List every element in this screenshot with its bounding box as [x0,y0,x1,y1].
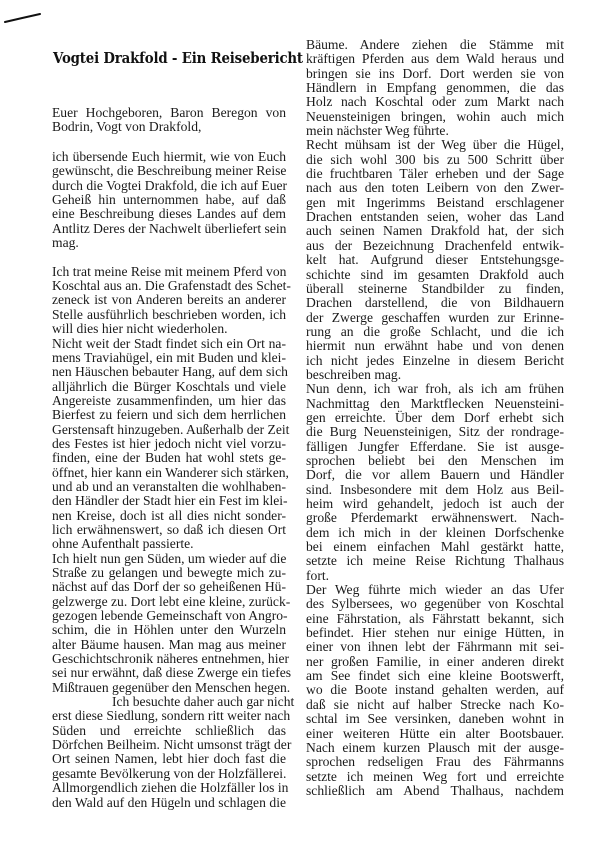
text-line: gelzwerge zu. Dort lebt eine kleine, zur… [52,595,286,609]
text-line: und ab und an veranstalten die wohlhaben… [52,480,286,494]
text-line: Ich besuchte daher auch gar nicht [52,695,286,709]
text-line: Bierfest zu feiern und sich dem herrlich… [52,408,286,422]
text-line: schichte sind im gesamten Drakfold auch [306,268,564,282]
text-line: fort. [306,569,564,583]
text-line: kelt hat. Aufgrund dieser Entstehungsge- [306,253,564,267]
text-line: des Festes ist hier jedoch nicht viel vo… [52,437,286,451]
text-line: des Sylbersees, wo gegenüber von Koschta… [306,597,564,611]
text-line: Euer Hochgeboren, Baron Beregon von [52,106,286,120]
text-line: ner großen Familie, in einer anderen dir… [306,655,564,669]
text-line: Nachmittag den Marktflecken Neuensteini- [306,397,564,411]
text-line: mens Traviahügel, ein mit Buden und klei… [52,351,286,365]
text-line: Dörfchen Beilheim. Nicht umsonst trägt d… [52,738,286,752]
text-line: eine Beschreibung dieses Landes auf dem [52,207,286,221]
text-line: durch die Vogtei Drakfold, die ich auf E… [52,179,286,193]
text-line: Holz nach Koschtal oder zum Markt nach [306,95,564,109]
text-line: Stelle ausführlich beschrieben worden, i… [52,308,286,322]
text-line: Bäume. Andere ziehen die Stämme mit [306,38,564,52]
text-line: auch seinen Namen Drakfold hat, der sich [306,224,564,238]
paragraph: ich übersende Euch hiermit, wie von Euch… [52,150,286,250]
text-line: aus der Bezeichnung Drachenfeld entwik- [306,239,564,253]
text-line: Allmorgendlich ziehen die Holzfäller los… [52,781,286,795]
paragraph: Bäume. Andere ziehen die Stämme mit kräf… [306,38,564,138]
text-line: beschreiben mag. [306,368,564,382]
text-line: alljährlich die Bürger Koschtals und vie… [52,380,286,394]
text-line: Nach einem kurzen Plausch mit der ausge- [306,741,564,755]
text-line: Koschtal aus an. Die Grafenstadt des Sch… [52,279,286,293]
text-line: Angereiste zusammenfinden, um hier das [52,394,286,408]
text-line: Recht mühsam ist der Weg über die Hügel, [306,138,564,152]
text-line: gen erreichte. Über dem Dorf erhebt sich [306,411,564,425]
text-line: finden, eine der Buden hat wohl stets ge… [52,451,286,465]
text-line: schtal im See versinken, daneben wohnt i… [306,712,564,726]
text-line: zeneck ist von Anderen bereits an andere… [52,293,286,307]
text-line: alter Bäume hausen. Man mag aus meiner [52,638,286,652]
text-line: eine Fährstation, als Fährstatt bekannt,… [306,612,564,626]
text-line: Mißtrauen gegenüber den Menschen hegen. [52,681,286,695]
text-line: öffnet, hier kann ein Wanderer sich stär… [52,466,286,480]
text-line: den Händler der Stadt hier ein Fest im k… [52,494,286,508]
text-line: mein nächster Weg führte. [306,124,564,138]
text-line: der Zwerge geschaffen wurden zur Erinne- [306,311,564,325]
text-line: überall steinerne Standbilder zu finden, [306,282,564,296]
paragraph: Nicht weit der Stadt findet sich ein Ort… [52,337,286,552]
text-line: erst diese Siedlung, sondern ritt weiter… [52,709,286,723]
text-line: Ich trat meine Reise mit meinem Pferd vo… [52,265,286,279]
text-line: große Pferdemarkt erwähnenswert. Nach- [306,511,564,525]
text-line: die Burg Neuensteinigen, Sitz der rondra… [306,425,564,439]
text-line: setzte ich meine Reise Richtung Thalhaus [306,554,564,568]
text-line: Geschichtschronik näheres entnehmen, hie… [52,652,286,666]
text-line: nen Häuschen bebauter Hang, auf dem sich [52,365,286,379]
text-line: nach aus den toten Leibern von den Zwer- [306,181,564,195]
text-line: lich erwähnenswert, so daß ich diesen Or… [52,523,286,537]
text-line: am See findet sich eine kleine Bootswerf… [306,669,564,683]
left-column: Euer Hochgeboren, Baron Beregon von Bodr… [52,106,286,810]
text-line: Händlern in Empfang genommen, die das [306,81,564,95]
text-line: sprochen redseligen Frau des Fährmanns [306,755,564,769]
text-line: schim, die in Höhlen unter den Wurzeln [52,623,286,637]
text-line: fälligen Jungfer Efferdane. Sie ist ausg… [306,440,564,454]
text-line: will dies hier nicht wiederholen. [52,322,286,336]
text-line: ohne Aufenthalt passierte. [52,537,286,551]
pen-stroke-mark [4,12,42,24]
text-line: nächst auf das Dorf der so geheißenen Hü… [52,580,286,594]
text-line: heim wird gehandelt, jedoch ist auch der [306,497,564,511]
text-line: die fruchtbaren Täler erheben und der Sa… [306,167,564,181]
salutation: Euer Hochgeboren, Baron Beregon von Bodr… [52,106,286,135]
text-line: Nicht weit der Stadt findet sich ein Ort… [52,337,286,351]
text-line: gezogen lebende Gemeinschaft von Angro- [52,609,286,623]
text-line: Ich hielt nun gen Süden, um wieder auf d… [52,552,286,566]
text-line: Antlitz Deres der Nachwelt überliefert s… [52,222,286,236]
text-line: gewünscht, die Beschreibung meiner Reise [52,164,286,178]
text-line: setzte ich meinen Weg fort und erreichte [306,770,564,784]
text-line: einer von ihnen lebt der Fährmann mit se… [306,640,564,654]
paragraph: Der Weg führte mich wieder an das Ufer d… [306,583,564,798]
text-line: ich nicht jedes Einzelne in diesem Beric… [306,354,564,368]
text-line: bei einem einfachen Mahl gestärkt hatte, [306,540,564,554]
text-line: schließlich am Abend Thalhaus, nachdem [306,784,564,798]
text-line: die sich wohl 300 bis zu 500 Schritt übe… [306,153,564,167]
text-line: Nun denn, ich war froh, als ich am frühe… [306,382,564,396]
paragraph: Recht mühsam ist der Weg über die Hügel,… [306,138,564,382]
text-line: sind. Insbesondere mit dem Holz aus Beil… [306,483,564,497]
text-line: Straße zu gelangen und bewegte mich zu- [52,566,286,580]
text-line: Bodrin, Vogt von Drakfold, [52,120,286,134]
text-line: Der Weg führte mich wieder an das Ufer [306,583,564,597]
text-line: nen Kreise, doch ist all dies nicht sond… [52,509,286,523]
text-line: Geheiß hin unternommen habe, auf daß [52,193,286,207]
text-line: mag. [52,236,286,250]
text-line: gen mit Ingerimms Beistand erschlagener [306,196,564,210]
text-line: gesamte Bevölkerung von der Holzfällerei… [52,767,286,781]
text-line: Drachen darstellend, die von Bildhauern [306,296,564,310]
paragraph: Ich hielt nun gen Süden, um wieder auf d… [52,552,286,695]
text-line: Dorf, die vor allem Bauern und Händler [306,468,564,482]
text-line: hiermit nun erwähnt habe und von denen [306,339,564,353]
text-line: den Wald auf den Hügeln und schlagen die [52,796,286,810]
right-column: Bäume. Andere ziehen die Stämme mit kräf… [306,38,564,798]
text-line: Ort seinen Namen, lebt hier doch fast di… [52,752,286,766]
text-line: kräftigen Pferden aus dem Wald heraus un… [306,52,564,66]
text-line: wo die Boote instand gehalten werden, au… [306,683,564,697]
paragraph: Ich besuchte daher auch gar nicht erst d… [52,695,286,810]
text-line: rung an die große Schlacht, und die ich [306,325,564,339]
text-line: sei nur erwähnt, daß diese Zwerge ein ti… [52,666,286,680]
text-line: sprochen beliebt bei den Menschen im [306,454,564,468]
paragraph: Nun denn, ich war froh, als ich am frühe… [306,382,564,583]
text-line: Drachen entstanden seien, woher das Land [306,210,564,224]
text-line: dem ich mich in der kleinen Dorfschenke [306,526,564,540]
text-line: bringen sie ins Dorf. Dort werden sie vo… [306,67,564,81]
paragraph: Ich trat meine Reise mit meinem Pferd vo… [52,265,286,337]
text-line: einer weiteren Hütte ein alter Bootsbaue… [306,727,564,741]
text-line: ich übersende Euch hiermit, wie von Euch [52,150,286,164]
text-line: Süden und erreichte schließlich das [52,724,286,738]
text-line: daß sie nicht auf halber Strecke nach Ko… [306,698,564,712]
text-line: Gerstensaft hinzugeben. Außerhalb der Ze… [52,423,286,437]
text-line: Neuensteinigen bringen, wohin auch mich [306,110,564,124]
text-line: befindet. Hier stehen nur einige Hütten,… [306,626,564,640]
document-title: Vogtei Drakfold - Ein Reisebericht [53,50,274,67]
